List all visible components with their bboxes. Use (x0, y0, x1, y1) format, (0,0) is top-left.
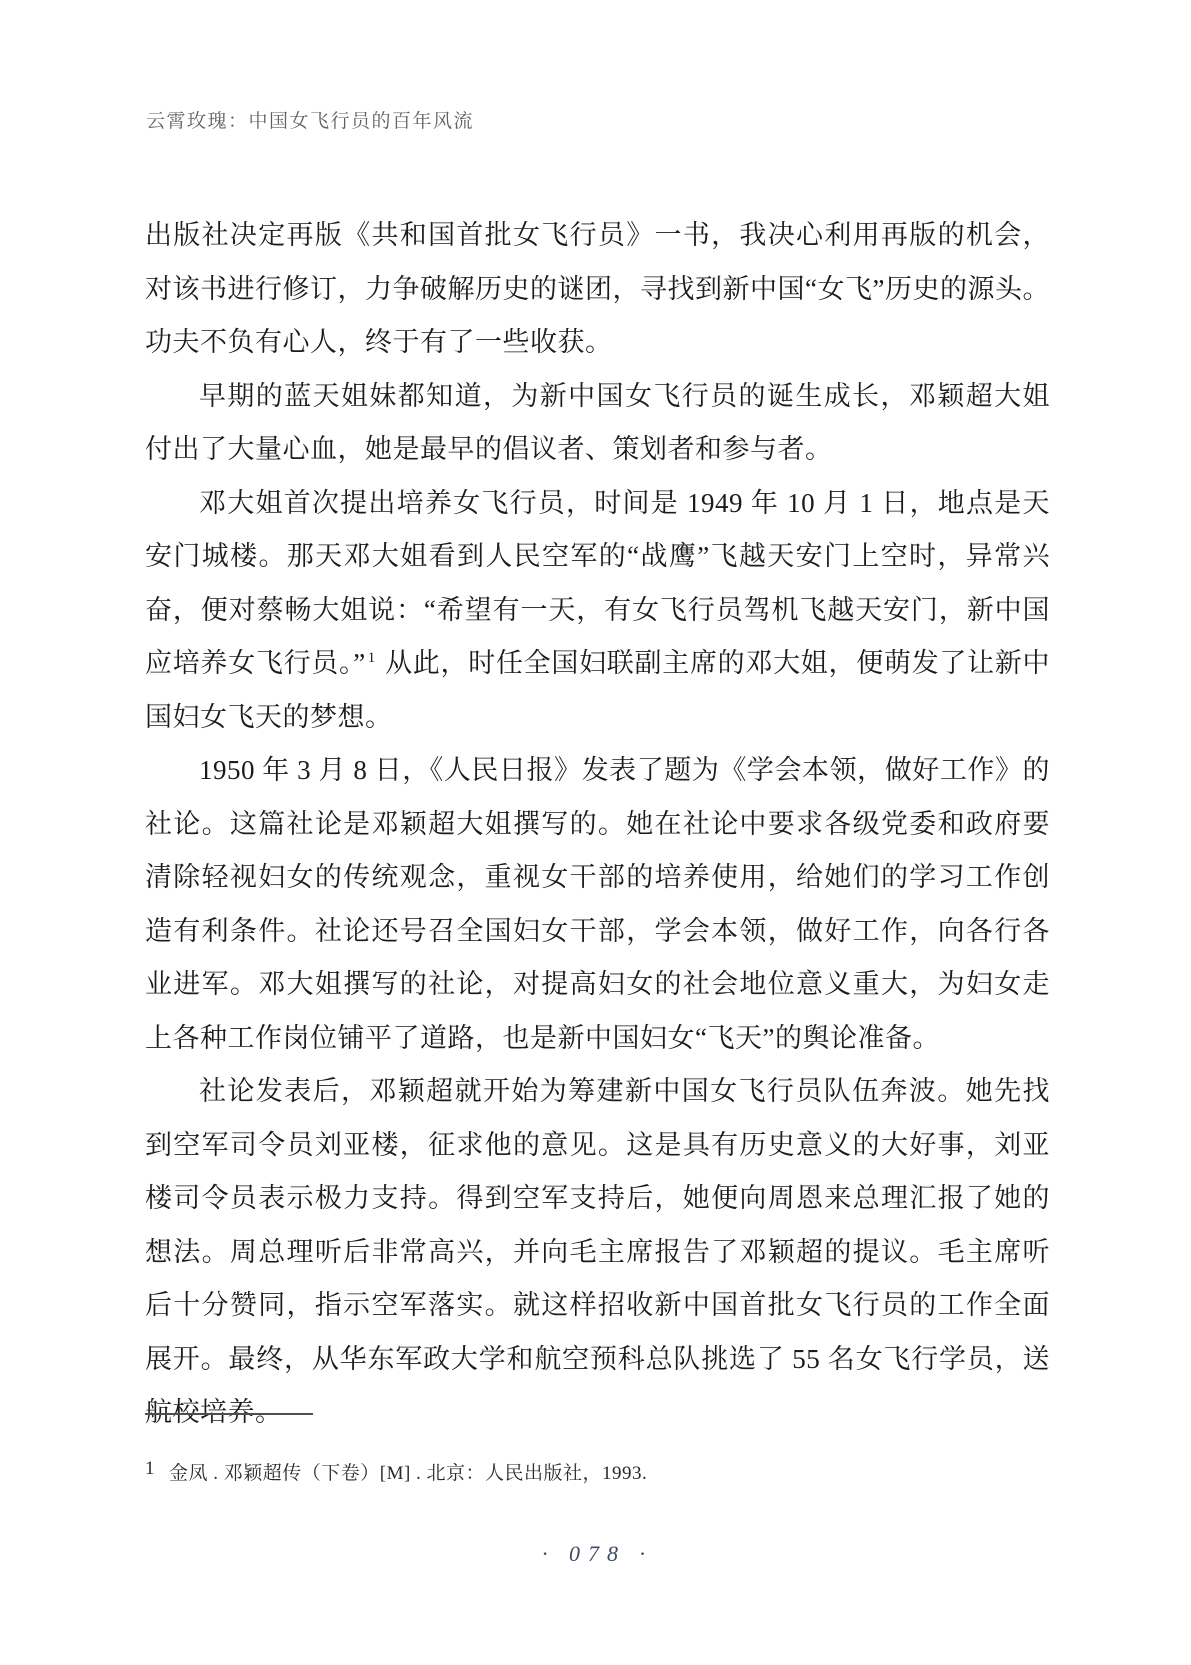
paragraph-2: 早期的蓝天姐妹都知道，为新中国女飞行员的诞生成长，邓颖超大姐付出了大量心血，她是… (145, 370, 1050, 477)
paragraph-5: 社论发表后，邓颖超就开始为筹建新中国女飞行员队伍奔波。她先找到空军司令员刘亚楼，… (145, 1065, 1050, 1440)
paragraph-3: 邓大姐首次提出培养女飞行员，时间是 1949 年 10 月 1 日，地点是天安门… (145, 477, 1050, 745)
paragraph-4: 1950 年 3 月 8 日，《人民日报》发表了题为《学会本领，做好工作》的社论… (145, 744, 1050, 1065)
paragraph-1: 出版社决定再版《共和国首批女飞行员》一书，我决心利用再版的机会，对该书进行修订，… (145, 209, 1050, 370)
footnote-divider (145, 1413, 313, 1415)
footnote-reference-marker: 1 (366, 650, 378, 666)
running-header: 云霄玫瑰：中国女飞行员的百年风流 (146, 106, 474, 133)
book-page: 云霄玫瑰：中国女飞行员的百年风流 出版社决定再版《共和国首批女飞行员》一书，我决… (0, 0, 1191, 1665)
page-number: · 078 · (145, 1541, 1050, 1567)
body-text: 出版社决定再版《共和国首批女飞行员》一书，我决心利用再版的机会，对该书进行修订，… (145, 209, 1050, 1440)
footnote-text: 金凤 . 邓颖超传（下卷）[M] . 北京：人民出版社，1993. (169, 1458, 647, 1485)
footnote: 1 金凤 . 邓颖超传（下卷）[M] . 北京：人民出版社，1993. (145, 1458, 1050, 1485)
footnote-marker: 1 (145, 1458, 155, 1485)
